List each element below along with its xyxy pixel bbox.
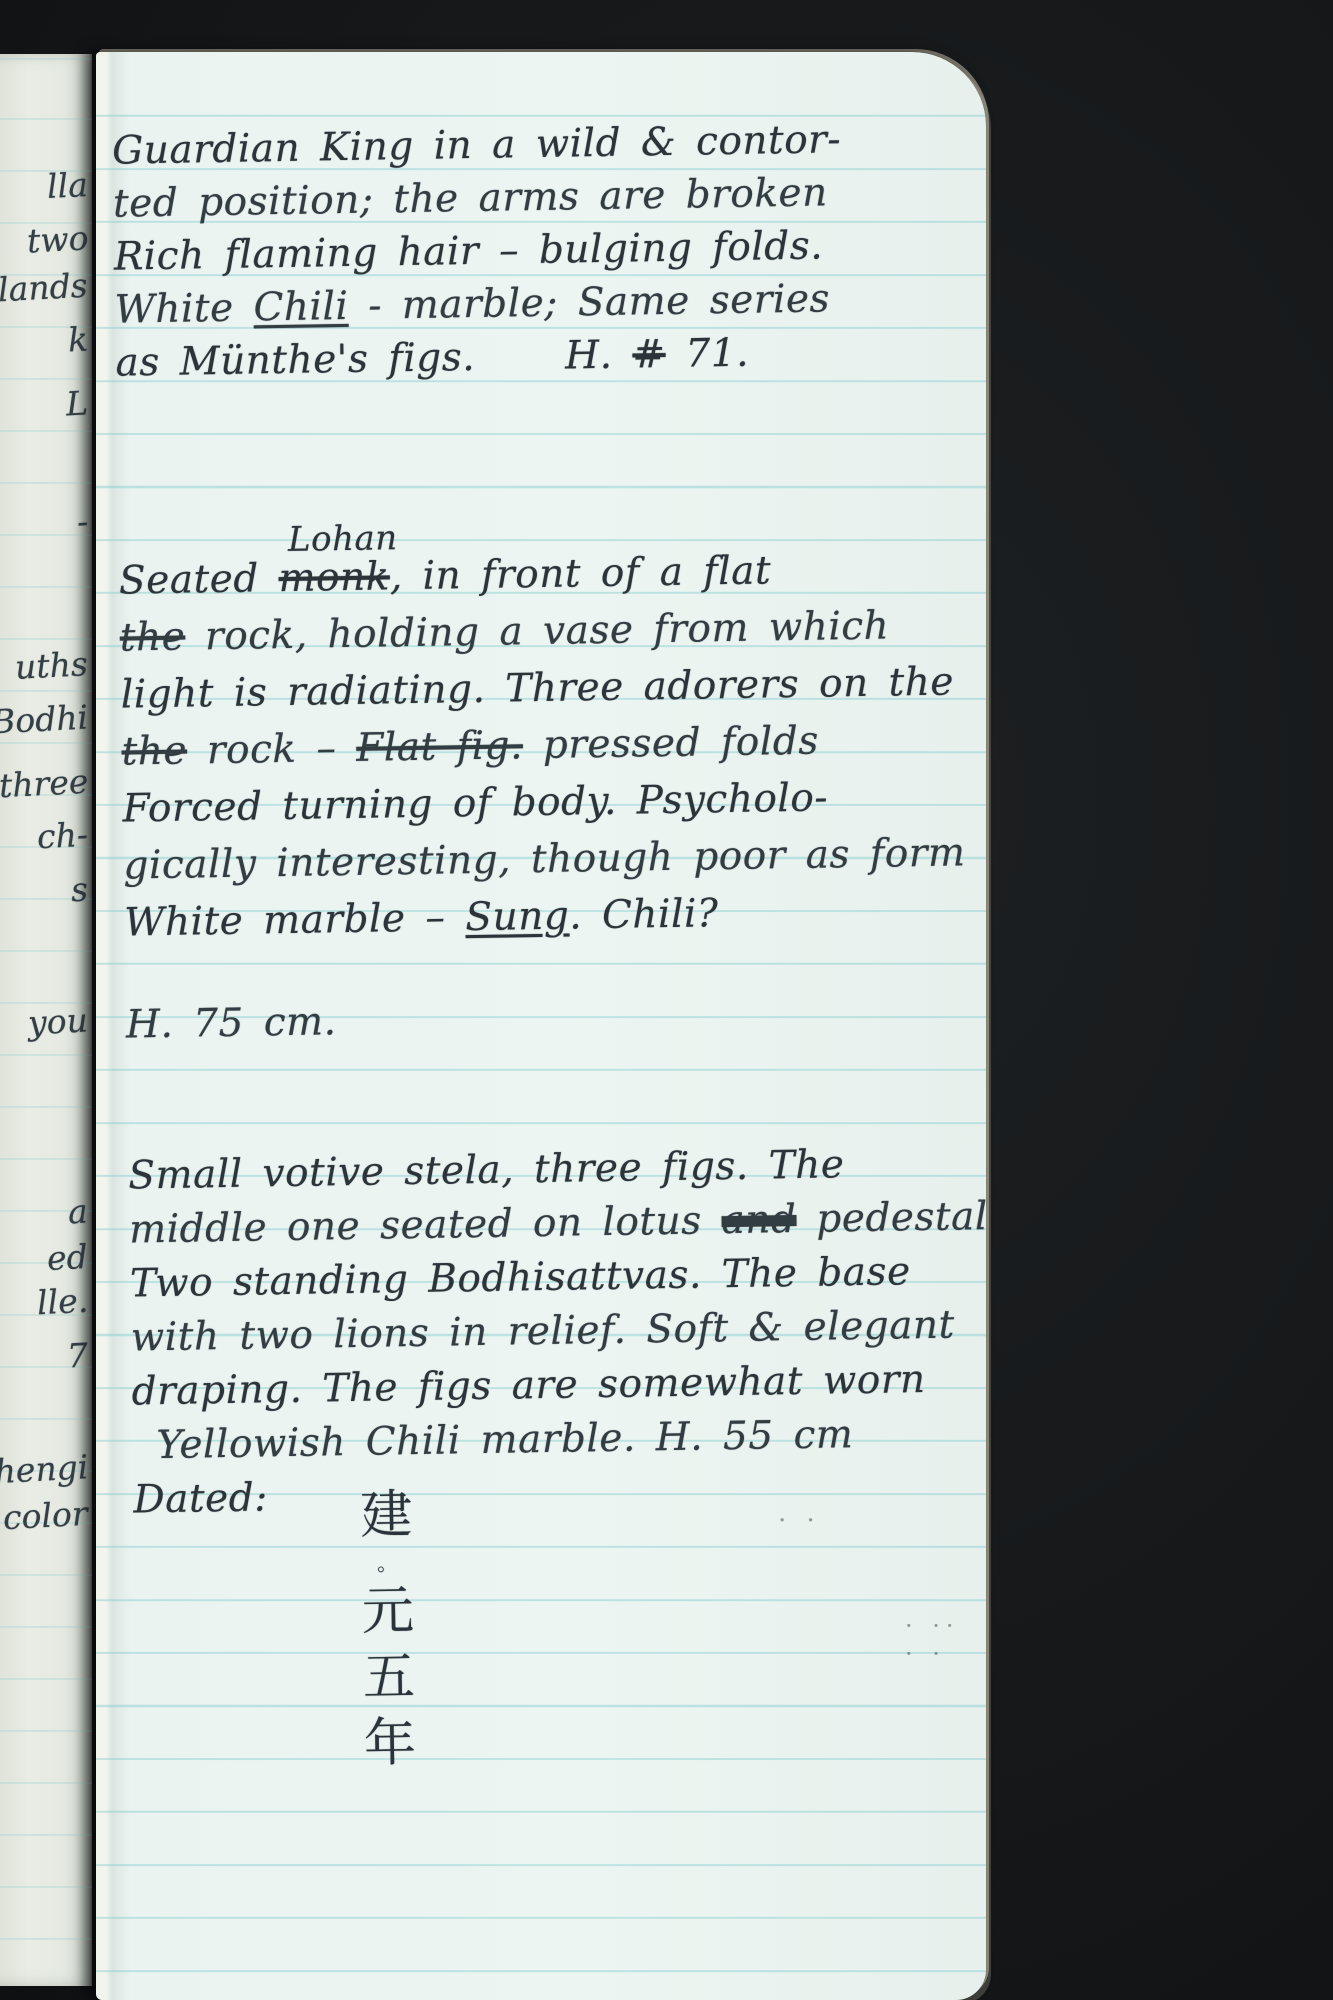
note-segment-strike: the xyxy=(120,615,186,661)
left-page-text-fragment: color xyxy=(2,1494,88,1537)
facing-page-edge: llatwolandskL-uthsBodhithreech-syouaedll… xyxy=(0,54,92,1986)
chinese-character: 元 xyxy=(343,1578,434,1645)
note-segment-underline: Sung xyxy=(465,894,570,941)
left-page-text-fragment: ed xyxy=(46,1237,89,1278)
left-page-text-fragment: uths xyxy=(14,644,89,687)
dated-chinese-characters: 建。元五年 xyxy=(341,1482,436,1777)
pencil-mark: · · xyxy=(778,1506,821,1536)
note-segment-scribble: and xyxy=(721,1197,797,1243)
left-page-text-fragment: three xyxy=(0,762,89,806)
note-segment-plain: - marble; Same series xyxy=(348,276,830,329)
note-segment-plain: H. 75 cm. xyxy=(126,999,337,1047)
note-segment-strike: the xyxy=(121,729,187,775)
note-segment-plain: as Münthe's figs. xyxy=(115,335,475,386)
chinese-character: 五 xyxy=(344,1644,435,1711)
left-page-text-fragment: lands xyxy=(0,266,89,310)
pencil-mark: · ·· · · xyxy=(905,1612,986,1668)
note-paragraph: Guardian King in a wild & contor-ted pos… xyxy=(112,115,966,393)
note-segment-plain: middle one seated on lotus xyxy=(129,1198,722,1252)
note-segment-plain: Guardian King in a wild & contor- xyxy=(112,117,841,173)
notebook-page: Guardian King in a wild & contor-ted pos… xyxy=(96,52,986,2000)
left-page-text-fragment: lle. xyxy=(36,1281,89,1323)
note-segment-plain: White marble – xyxy=(124,895,466,945)
note-segment-plain: Forced turning of body. Psycholo- xyxy=(122,775,828,831)
note-segment-plain: White xyxy=(114,285,254,332)
left-page-text-fragment: lhengi xyxy=(0,1447,89,1491)
chinese-character: 。 xyxy=(342,1548,432,1579)
handwritten-text: Guardian King in a wild & contor-ted pos… xyxy=(81,45,1001,2000)
note-segment-plain: Yellowish Chili marble. H. 55 cm xyxy=(156,1412,853,1468)
note-paragraph: Small votive stela, three figs. Themiddl… xyxy=(128,1140,984,1531)
note-segment-plain: Seated xyxy=(119,556,279,604)
note-segment-plain: pressed folds xyxy=(523,719,820,769)
left-page-text-fragment: you xyxy=(27,1000,89,1042)
left-page-text-fragment: ch- xyxy=(36,815,89,857)
note-segment-strike: # xyxy=(632,332,666,378)
chinese-character: 建 xyxy=(341,1482,432,1549)
note-segment-plain: 71. xyxy=(665,331,749,377)
note-segment-underline: Chili xyxy=(253,284,349,330)
note-segment-plain: pedestal xyxy=(796,1194,988,1242)
note-segment-plain: H. xyxy=(565,332,633,378)
note-line: H. 75 cm. xyxy=(126,989,977,1059)
note-segment-correction: monkLohan xyxy=(278,554,390,601)
left-page-text-fragment: 7 xyxy=(66,1335,89,1375)
left-page-text-fragment: a xyxy=(67,1192,89,1232)
note-segment-plain: . Chili? xyxy=(569,891,719,938)
note-segment-plain: rock, holding a vase from which xyxy=(185,603,890,659)
note-segment-plain: , in front of a flat xyxy=(389,548,771,599)
left-page-text-fragment: Bodhi xyxy=(0,697,89,741)
left-page-text-fragment: s xyxy=(70,870,89,910)
note-segment-gap xyxy=(475,369,565,370)
note-paragraph: Seated monkLohan, in front of a flatthe … xyxy=(119,545,977,1059)
note-segment-strike: Flat fig. xyxy=(356,723,523,771)
left-page-text-fragment: two xyxy=(26,218,89,260)
note-segment-plain: Dated: xyxy=(133,1475,268,1522)
notebook-photo: llatwolandskL-uthsBodhithreech-syouaedll… xyxy=(0,0,1333,2000)
note-line: White marble – Sung. Chili? xyxy=(124,887,975,957)
note-segment-plain: Small votive stela, three figs. The xyxy=(128,1142,845,1198)
chinese-character: 年 xyxy=(345,1710,436,1777)
note-segment-plain: rock – xyxy=(187,726,357,774)
